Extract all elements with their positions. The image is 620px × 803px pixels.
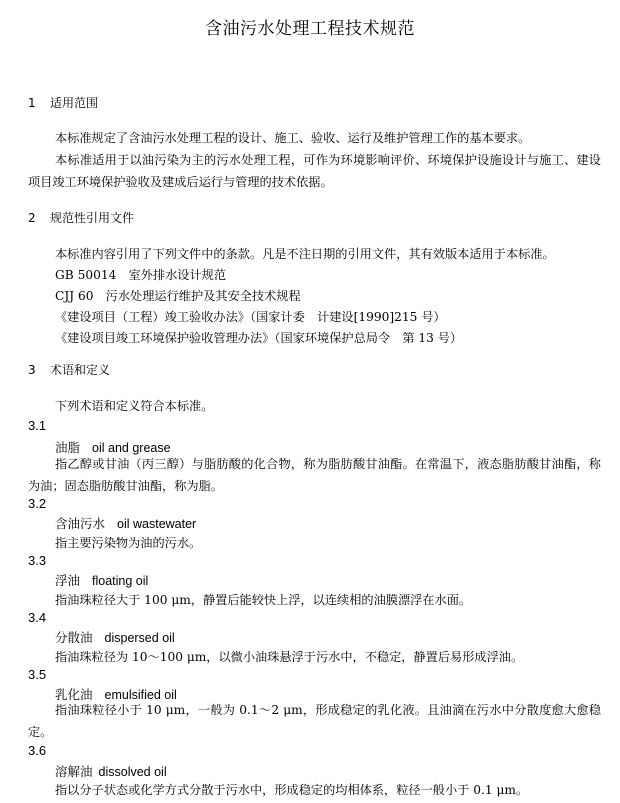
reference-item: GB 50014 室外排水设计规范	[55, 266, 226, 283]
term-heading: 溶解油dissolved oil	[55, 762, 167, 780]
term-number: 3.2	[28, 496, 46, 511]
paragraph: 本标准适用于以油污染为主的污水处理工程，可作为环境影响评价、环境保护设施设计与施…	[28, 149, 601, 193]
section-heading-1: 1适用范围	[28, 94, 98, 111]
term-zh: 溶解油	[55, 764, 93, 779]
term-zh: 分散油	[55, 630, 93, 645]
term-en: oil wastewater	[117, 517, 196, 531]
term-definition: 指油珠粒径大于 100 μm，静置后能较快上浮，以连续相的油膜漂浮在水面。	[55, 591, 471, 608]
term-heading: 浮油floating oil	[55, 571, 148, 589]
reference-item: 《建设项目竣工环境保护验收管理办法》（国家环境保护总局令 第 13 号）	[55, 329, 462, 346]
term-definition: 指以分子状态或化学方式分散于污水中，形成稳定的均相体系，粒径一般小于 0.1 μ…	[55, 781, 528, 798]
term-number: 3.3	[28, 553, 46, 568]
reference-item: CJJ 60 污水处理运行维护及其安全技术规程	[55, 287, 301, 304]
reference-item: 《建设项目（工程）竣工验收办法》（国家计委 计建设[1990]215 号）	[55, 308, 446, 325]
section-title: 规范性引用文件	[50, 211, 134, 225]
term-en: dispersed oil	[105, 631, 175, 645]
section-heading-2: 2规范性引用文件	[28, 209, 134, 226]
term-heading: 分散油dispersed oil	[55, 628, 175, 646]
section-number: 1	[28, 96, 50, 110]
paragraph: 本标准规定了含油污水处理工程的设计、施工、验收、运行及维护管理工作的基本要求。	[28, 127, 601, 149]
paragraph: 下列术语和定义符合本标准。	[55, 397, 213, 414]
term-number: 3.6	[28, 743, 46, 758]
term-number: 3.5	[28, 667, 46, 682]
term-number: 3.1	[28, 418, 46, 433]
term-heading: 含油污水oil wastewater	[55, 514, 196, 532]
section-number: 2	[28, 211, 50, 225]
term-definition: 指油珠粒径为 10～100 μm，以微小油珠悬浮于污水中，不稳定，静置后易形成浮…	[55, 648, 523, 665]
section-title: 适用范围	[50, 96, 98, 110]
term-number: 3.4	[28, 610, 46, 625]
term-definition: 指油珠粒径小于 10 μm，一般为 0.1～2 μm，形成稳定的乳化液。且油滴在…	[28, 699, 601, 743]
term-zh: 含油污水	[55, 516, 105, 531]
page-title: 含油污水处理工程技术规范	[0, 14, 620, 39]
section-number: 3	[28, 363, 50, 377]
term-definition: 指主要污染物为油的污水。	[55, 534, 201, 551]
section-heading-3: 3术语和定义	[28, 361, 110, 378]
term-en: dissolved oil	[99, 765, 167, 779]
term-definition: 指乙醇或甘油（丙三醇）与脂肪酸的化合物，称为脂肪酸甘油酯。在常温下，液态脂肪酸甘…	[28, 453, 601, 497]
paragraph: 本标准内容引用了下列文件中的条款。凡是不注日期的引用文件，其有效版本适用于本标准…	[55, 245, 555, 262]
term-en: floating oil	[92, 574, 148, 588]
term-zh: 浮油	[55, 573, 80, 588]
section-title: 术语和定义	[50, 363, 110, 377]
